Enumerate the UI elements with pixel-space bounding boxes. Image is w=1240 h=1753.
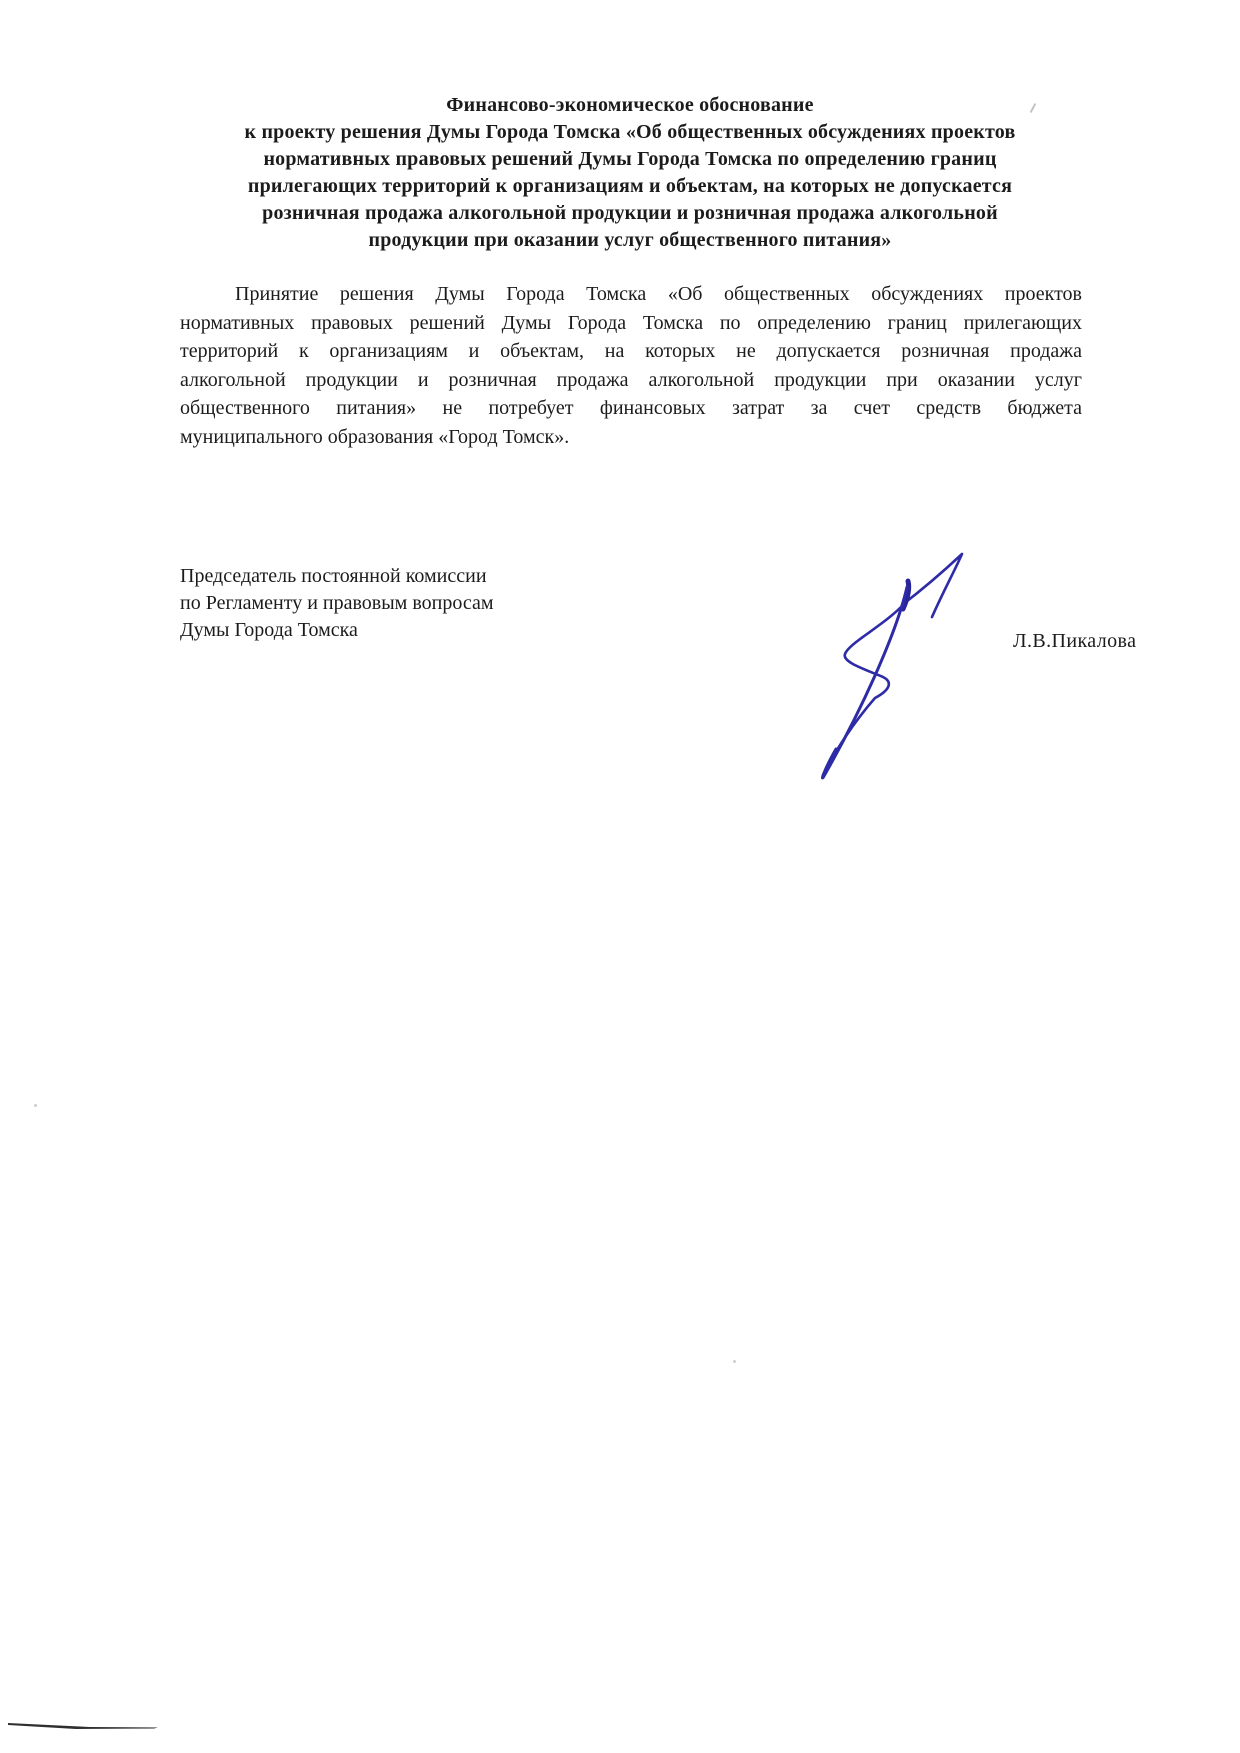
signatory-position-line: Председатель постоянной комиссии (180, 563, 600, 590)
signatory-position-line: по Регламенту и правовым вопросам (180, 590, 600, 617)
body-line: алкогольной продукции и розничная продаж… (180, 366, 1082, 395)
body-line: территорий к организациям и объектам, на… (180, 337, 1082, 366)
title-line: Финансово-экономическое обоснование (170, 92, 1090, 119)
body-line: нормативных правовых решений Думы Города… (180, 309, 1082, 338)
title-line: прилегающих территорий к организациям и … (170, 173, 1090, 200)
signatory-position-block: Председатель постоянной комиссии по Регл… (180, 563, 600, 644)
body-line: общественного питания» не потребует фина… (180, 394, 1082, 423)
title-line: нормативных правовых решений Думы Города… (170, 146, 1090, 173)
signatory-position-line: Думы Города Томска (180, 617, 600, 644)
document-title: Финансово-экономическое обоснование к пр… (170, 92, 1090, 254)
title-line: к проекту решения Думы Города Томска «Об… (170, 119, 1090, 146)
title-line: продукции при оказании услуг общественно… (170, 227, 1090, 254)
signatory-name: Л.В.Пикалова (1013, 630, 1136, 653)
scan-speck (733, 1360, 736, 1363)
title-line: розничная продажа алкогольной продукции … (170, 200, 1090, 227)
handwritten-signature-icon (790, 470, 990, 790)
body-line: Принятие решения Думы Города Томска «Об … (180, 280, 1082, 309)
scan-artifact-line (6, 1718, 176, 1732)
body-paragraph: Принятие решения Думы Города Томска «Об … (180, 280, 1082, 452)
scan-speck (34, 1104, 37, 1107)
body-line: муниципального образования «Город Томск»… (180, 423, 1082, 452)
scanned-document-page: Финансово-экономическое обоснование к пр… (0, 0, 1240, 1753)
